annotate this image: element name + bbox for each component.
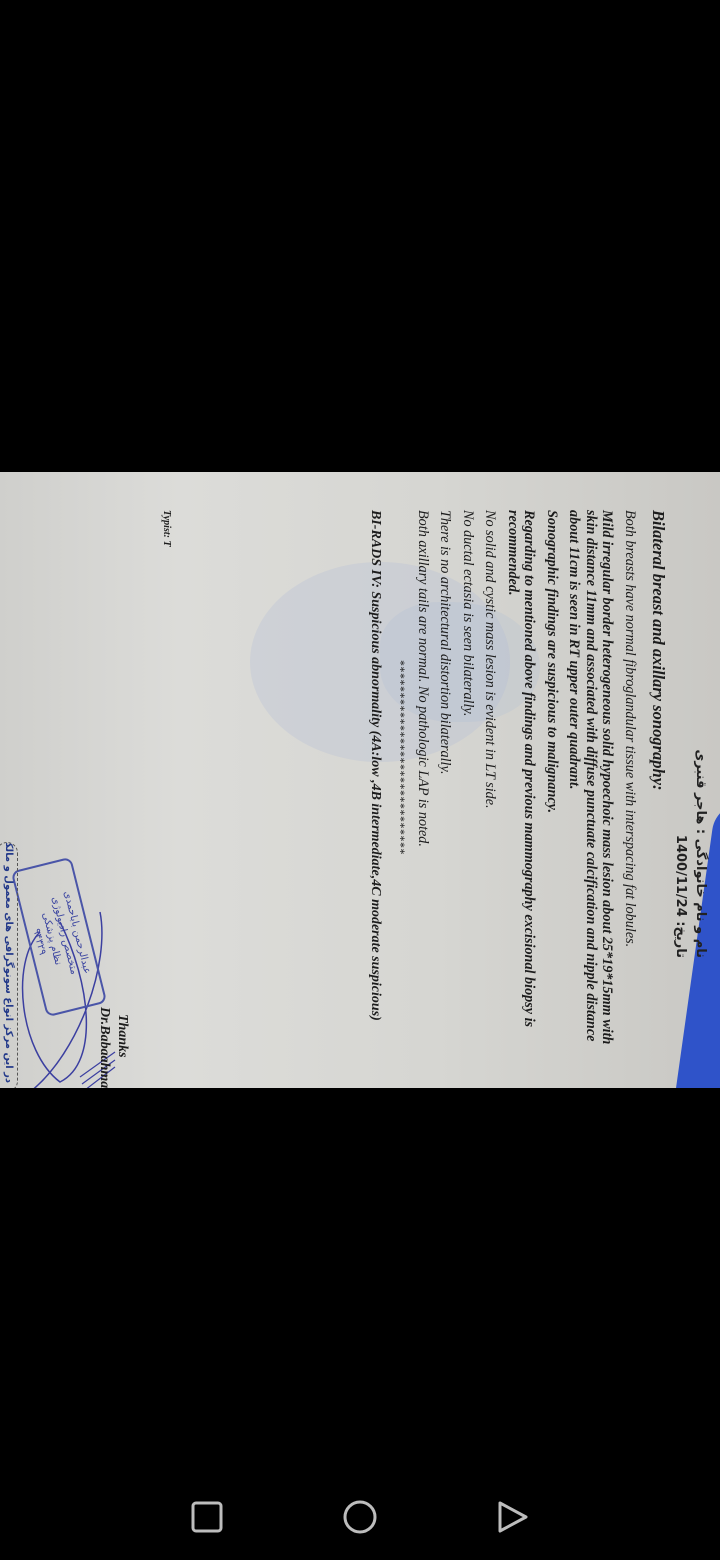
report-title: Bilateral breast and axillary sonography… — [648, 510, 668, 1070]
finding-paragraph: No ductal ectasia is seen bilaterally. — [460, 510, 477, 1070]
recent-apps-icon[interactable] — [190, 1500, 224, 1534]
back-icon[interactable] — [496, 1500, 530, 1534]
patient-name: نام و نام خانوادگی : هاجر قنبری — [693, 749, 708, 958]
signature-block: Thanks Dr.Babaahmadi عبدالرحمن باباحمدی … — [10, 842, 130, 1082]
system-navigation-bar — [0, 1470, 720, 1560]
finding-paragraph: Mild irregular border heterogeneous soli… — [566, 510, 616, 1070]
finding-paragraph: Regarding to mentioned above findings an… — [505, 510, 538, 1070]
home-icon[interactable] — [343, 1500, 377, 1534]
finding-paragraph: Both breasts have normal fibroglandular … — [622, 510, 639, 1070]
typist-label: Typist: T — [161, 510, 172, 547]
finding-paragraph: Sonographic findings are suspicious to m… — [544, 510, 561, 1070]
report-date: تاریخ: 1400/11/24 — [673, 835, 688, 958]
birads-classification: BI-RADS IV: Suspicious abnormality (4A:l… — [368, 510, 384, 1070]
report-page: نام و نام خانوادگی : هاجر قنبری تاریخ: 1… — [0, 472, 720, 1088]
footer-note: در این مرکز انواع سونوگرافی های معمول و … — [0, 842, 18, 1088]
thanks-text: Thanks — [114, 1014, 130, 1058]
finding-paragraph: There is no architectural distortion bil… — [437, 510, 454, 1070]
report-body: Bilateral breast and axillary sonography… — [368, 510, 669, 1070]
doctor-name: Dr.Babaahmadi — [96, 1007, 112, 1088]
document-photo: نام و نام خانوادگی : هاجر قنبری تاریخ: 1… — [0, 472, 720, 1088]
finding-paragraph: No solid and cystic mass lesion is evide… — [482, 510, 499, 1070]
separator: ****************************** — [394, 510, 409, 1070]
finding-paragraph: Both axillary tails are normal. No patho… — [415, 510, 432, 1070]
